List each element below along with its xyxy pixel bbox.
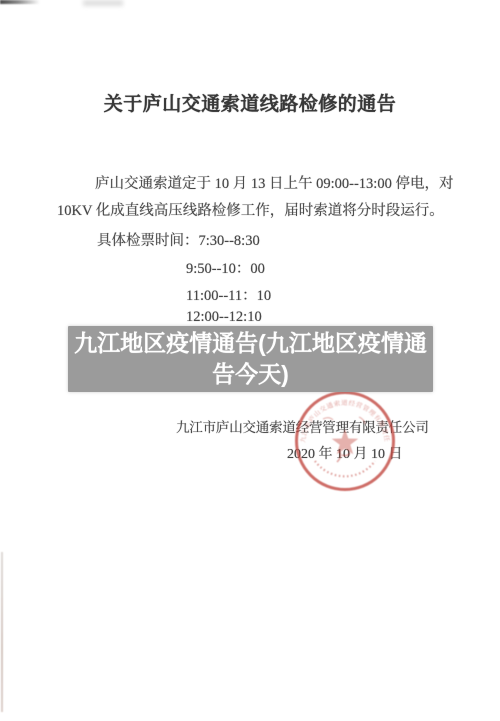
- article-title-line: 告今天): [212, 359, 289, 390]
- photo-shadow-streak: [0, 0, 40, 4]
- schedule-slot: 11:00--11：10: [186, 284, 271, 305]
- svg-text:九江市庐山交通索道经营管理有限责任公司: 九江市庐山交通索道经营管理有限责任公司: [293, 389, 392, 443]
- photo-smudge: [83, 0, 123, 6]
- article-title-line: 九江地区疫情通告(九江地区疫情通: [74, 328, 427, 359]
- seal-arc-text: 九江市庐山交通索道经营管理有限责任公司: [293, 389, 392, 443]
- notice-title: 关于庐山交通索道线路检修的通告: [8, 89, 492, 116]
- paper-edge-line: [1, 552, 3, 712]
- article-title-banner: 九江地区疫情通告(九江地区疫情通 告今天): [68, 326, 433, 392]
- notice-body-line: 10KV 化成直线高压线路检修工作，届时索道将分时段运行。: [57, 199, 444, 220]
- document-photo: 关于庐山交通索道线路检修的通告 庐山交通索道定于 10 月 13 日上午 09:…: [0, 0, 500, 721]
- schedule-heading: 具体检票时间：7:30--8:30: [97, 229, 260, 250]
- company-seal-stamp-icon: 九江市庐山交通索道经营管理有限责任公司: [293, 389, 397, 493]
- schedule-slot: 9:50--10：00: [186, 257, 265, 278]
- seal-star-icon: [332, 429, 359, 454]
- schedule-slot: 12:00--12:10: [186, 309, 262, 326]
- notice-body-line: 庐山交通索道定于 10 月 13 日上午 09:00--13:00 停电，对: [95, 172, 453, 193]
